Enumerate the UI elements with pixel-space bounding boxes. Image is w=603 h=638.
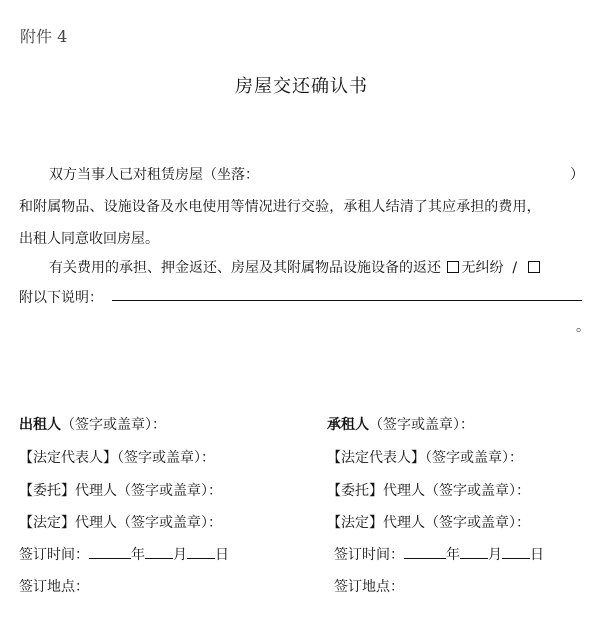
lessor-heading-bold: 出租人 — [19, 417, 61, 433]
lessee-legal-rep: 【法定代表人】（签字或盖章）： — [327, 447, 523, 467]
lessee-heading: 承租人（签字或盖章）： — [327, 414, 474, 434]
lessee-year-blank[interactable] — [404, 546, 446, 559]
lessee-legal-agent: 【法定】代理人（签字或盖章）： — [327, 512, 530, 532]
year-label: 年 — [446, 547, 460, 563]
month-label: 月 — [173, 547, 187, 563]
notes-label: 附以下说明： — [19, 287, 103, 307]
lessor-heading: 出租人（签字或盖章）： — [19, 414, 166, 434]
paragraph1-line1: 双方当事人已对租赁房屋（坐落： — [49, 164, 259, 184]
paragraph1-line3: 出租人同意收回房屋。 — [19, 228, 159, 248]
day-label: 日 — [530, 547, 544, 563]
lessor-sign-place: 签订地点： — [19, 576, 89, 596]
lessor-heading-rest: （签字或盖章）： — [61, 417, 166, 433]
notes-input-line[interactable] — [112, 300, 582, 301]
lessee-sign-time: 签订时间：年月日 — [334, 544, 544, 564]
month-label: 月 — [488, 547, 502, 563]
lessor-year-blank[interactable] — [89, 546, 131, 559]
lessee-day-blank[interactable] — [502, 546, 530, 559]
see-notes-checkbox[interactable] — [528, 261, 540, 273]
paragraph1-close-paren: ） — [570, 164, 584, 184]
lessor-sign-time: 签订时间：年月日 — [19, 544, 229, 564]
lessor-legal-rep: 【法定代表人】（签字或盖章）： — [19, 447, 215, 467]
lessor-entrusted-agent: 【委托】代理人（签字或盖章）： — [19, 480, 222, 500]
lessor-month-blank[interactable] — [145, 546, 173, 559]
lessor-legal-agent: 【法定】代理人（签字或盖章）： — [19, 512, 222, 532]
no-dispute-checkbox[interactable] — [447, 261, 459, 273]
document-title: 房屋交还确认书 — [0, 72, 603, 98]
lessee-heading-rest: （签字或盖章）： — [369, 417, 474, 433]
day-label: 日 — [215, 547, 229, 563]
no-dispute-label: 无纠纷 — [461, 260, 503, 276]
option-separator: / — [512, 260, 517, 276]
lessor-sign-time-label: 签订时间： — [19, 547, 89, 563]
end-mark: 。 — [576, 316, 590, 336]
lessee-sign-time-label: 签订时间： — [334, 547, 404, 563]
lessee-sign-place: 签订地点： — [334, 576, 404, 596]
attachment-label: 附件 4 — [20, 24, 67, 47]
year-label: 年 — [131, 547, 145, 563]
lessor-day-blank[interactable] — [187, 546, 215, 559]
paragraph2-text: 有关费用的承担、押金返还、房屋及其附属物品设施设备的返还 — [49, 260, 441, 276]
paragraph2-line1: 有关费用的承担、押金返还、房屋及其附属物品设施设备的返还 无纠纷 / — [49, 257, 542, 277]
lessee-heading-bold: 承租人 — [327, 417, 369, 433]
lessee-entrusted-agent: 【委托】代理人（签字或盖章）： — [327, 480, 530, 500]
lessee-month-blank[interactable] — [460, 546, 488, 559]
paragraph1-line2: 和附属物品、设施设备及水电使用等情况进行交验，承租人结清了其应承担的费用， — [19, 196, 541, 216]
